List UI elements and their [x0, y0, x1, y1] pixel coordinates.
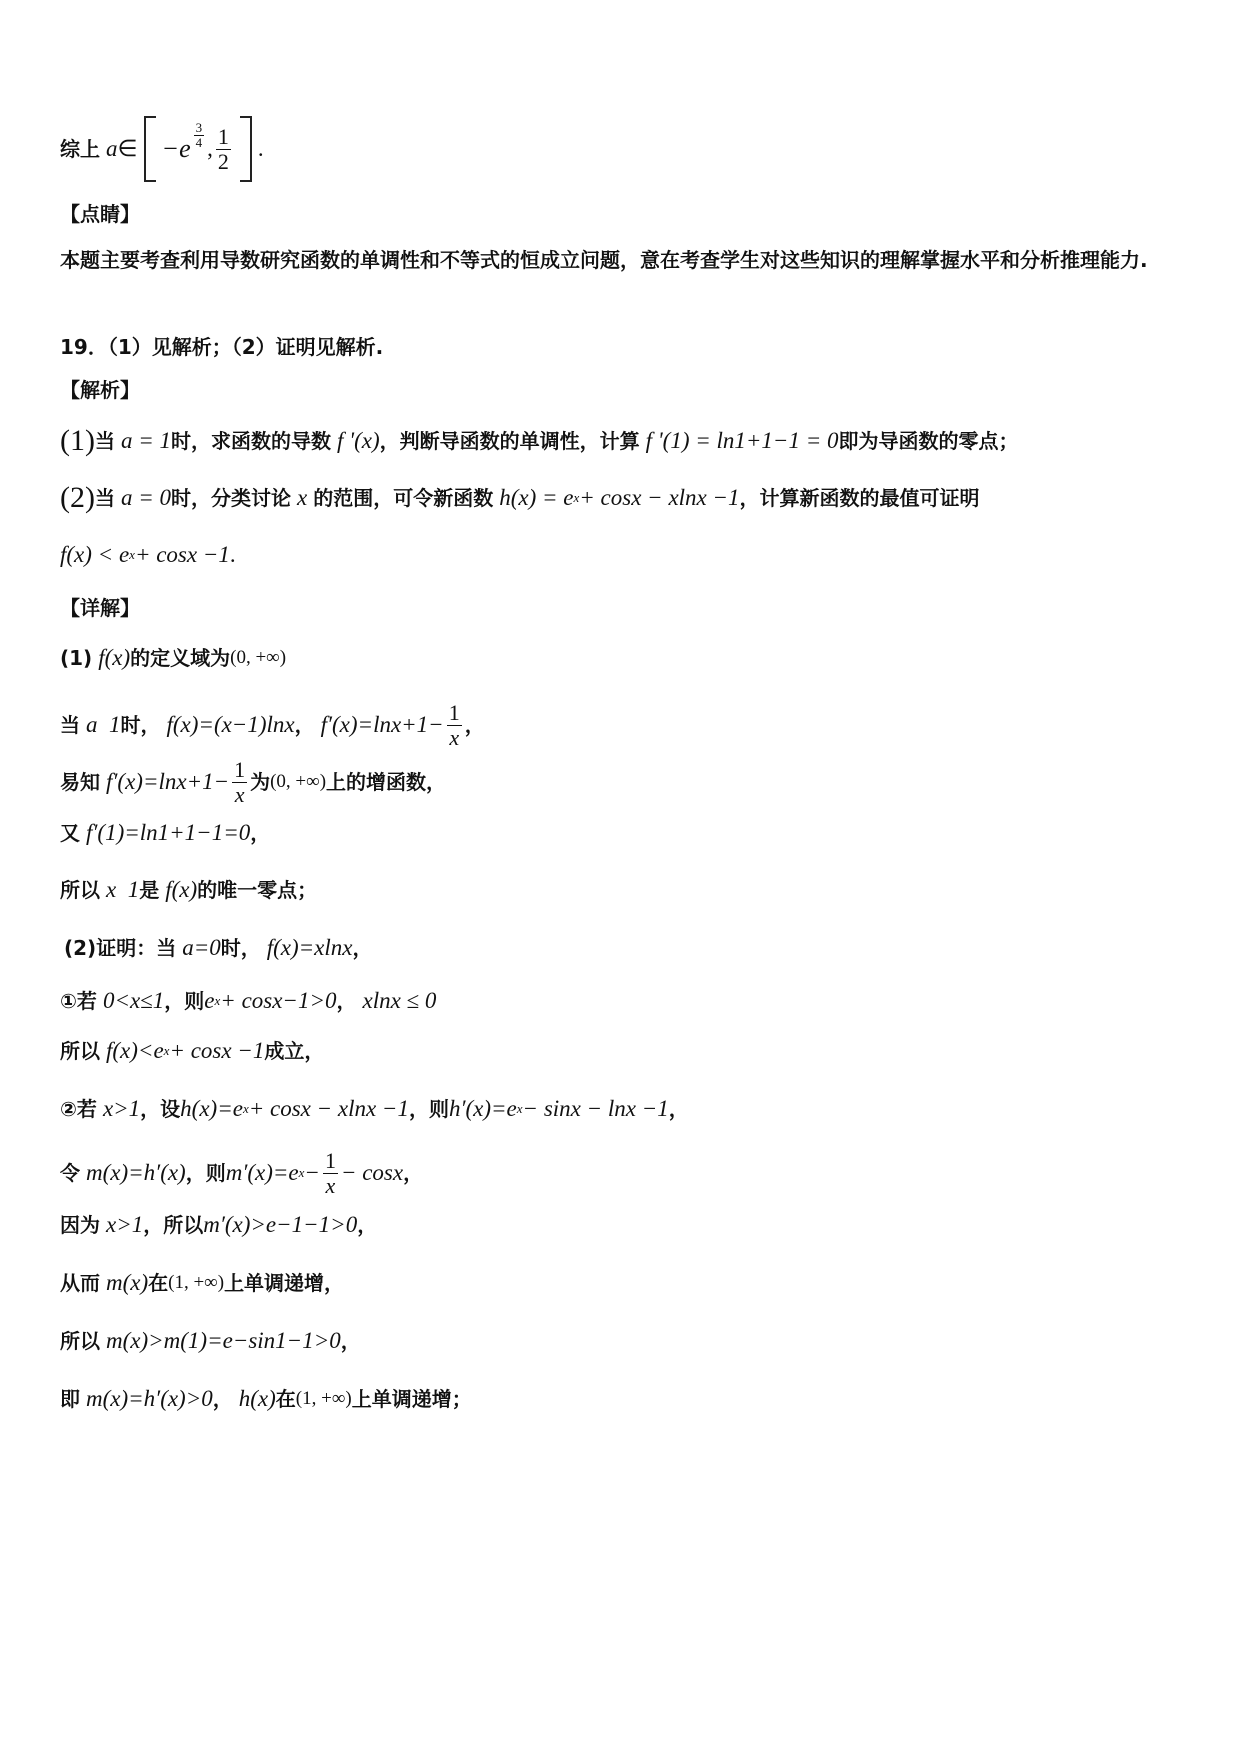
- exponent-fraction: 3 4: [194, 121, 205, 150]
- detail-line-12: 从而 m(x) 在 (1, +∞) 上单调递增，: [60, 1268, 344, 1298]
- left-bracket: [144, 116, 156, 182]
- section-heading-xiangjie: 【详解】: [60, 593, 140, 623]
- analysis-conclusion: f(x) < e x + cosx −1 .: [60, 540, 236, 570]
- document-page: 综上 a ∈ −e 3 4 , 1 2 . 【点睛】 本题主要考查利用导数研究函…: [0, 0, 1240, 1754]
- conclusion-line: 综上 a ∈ −e 3 4 , 1 2 .: [60, 116, 264, 182]
- math-symbol: ∈: [118, 134, 138, 164]
- detail-line-5: 所以 x 1 是 f(x) 的唯一零点；: [60, 875, 317, 905]
- analysis-part-1: (1) 当 a = 1 时，求函数的导数 f '(x) ，判断导函数的单调性，计…: [60, 426, 1018, 456]
- fraction: 1 x: [447, 701, 462, 750]
- detail-line-8: 所以 f(x)<e x + cosx −1 成立，: [60, 1036, 324, 1066]
- detail-line-3: 易知 f′(x)=lnx+1− 1 x 为 (0, +∞) 上的增函数，: [60, 757, 446, 807]
- detail-line-1: (1) f(x) 的定义域为 (0, +∞): [60, 643, 286, 673]
- detail-line-6: (2)证明：当 a=0 时， f(x)=xlnx ，: [64, 933, 372, 963]
- text: 综上: [60, 134, 100, 164]
- right-bracket: [240, 116, 252, 182]
- question-19-answer: 19．（1）见解析；（2）证明见解析.: [60, 332, 383, 362]
- detail-line-4: 又 f′(1)=ln1+1−1=0 ，: [60, 818, 270, 848]
- math-expr: −e: [162, 134, 191, 164]
- dianjing-paragraph: 本题主要考查利用导数研究函数的单调性和不等式的恒成立问题，意在考查学生对这些知识…: [60, 236, 1180, 284]
- fraction: 1 x: [323, 1149, 338, 1198]
- fraction: 1 2: [216, 125, 231, 174]
- detail-line-7: ①若 0<x≤1 ，则 e x + cosx−1>0 ， xlnx ≤ 0: [60, 986, 436, 1016]
- detail-line-9: ②若 x>1 ，设 h(x)=e x + cosx − xlnx −1 ，则 h…: [60, 1094, 689, 1124]
- section-heading-jiexi: 【解析】: [60, 375, 140, 405]
- detail-line-10: 令 m(x)=h′(x) ，则 m′(x)=e x − 1 x − cosx ，: [60, 1148, 423, 1198]
- section-heading-dianjing: 【点睛】: [60, 199, 140, 229]
- analysis-part-2: (2) 当 a = 0 时，分类讨论 x 的范围，可令新函数 h(x) = e …: [60, 483, 980, 513]
- detail-line-13: 所以 m(x)>m(1)=e−sin1−1>0 ，: [60, 1326, 361, 1356]
- detail-line-14: 即 m(x)=h′(x)>0 ， h(x) 在 (1, +∞) 上单调递增；: [60, 1384, 472, 1414]
- detail-line-11: 因为 x>1 ，所以 m′(x)>e−1−1>0 ，: [60, 1210, 377, 1240]
- fraction: 1 x: [232, 758, 247, 807]
- detail-line-2: 当 a 1 时， f(x)=(x−1)lnx ， f′(x)=lnx+1− 1 …: [60, 700, 485, 750]
- math-var: a: [106, 134, 118, 164]
